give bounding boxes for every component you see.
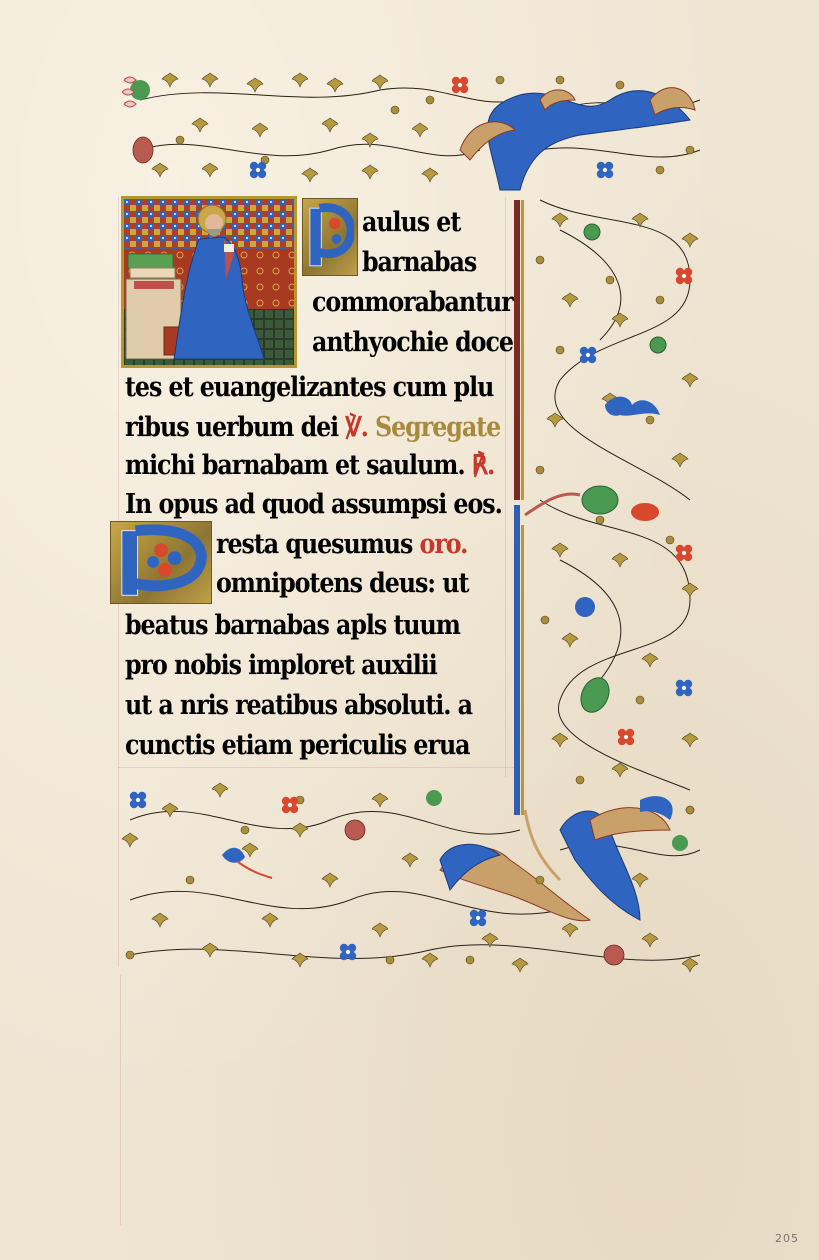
text-line-1: aulus et (362, 205, 460, 241)
manuscript-page: aulus et barnabas commorabantur anthyoch… (0, 0, 819, 1260)
decorated-initial-p-1 (302, 198, 358, 276)
text-line-8: In opus ad quod assumpsi eos. (125, 487, 502, 523)
response-rubric: ℟. (472, 450, 494, 481)
text-line-2: barnabas (362, 245, 476, 281)
text-line-4: anthyochie doce (312, 325, 513, 361)
text-line-10: omnipotens deus: ut (216, 566, 468, 602)
text-line-14: cunctis etiam periculis erua (125, 728, 470, 764)
text-line-13: ut a nris reatibus absoluti. a (125, 688, 472, 724)
oratio-rubric: oro. (420, 529, 468, 560)
text-line-12: pro nobis imploret auxilii (125, 648, 437, 684)
text-line-3: commorabantur (312, 285, 513, 321)
folio-number: 205 (775, 1232, 799, 1245)
text-line-5: tes et euangelizantes cum plu (125, 370, 493, 406)
text-line-9: resta quesumus oro. (216, 527, 467, 563)
versicle-rubric: ℣. (345, 412, 367, 443)
decorated-initial-p-2 (110, 521, 212, 604)
text-line-7: michi barnabam et saulum. ℟. (125, 448, 494, 484)
text-line-6: ribus uerbum dei ℣. Segregate (125, 410, 500, 446)
miniature-saint-barnabas (121, 196, 297, 368)
text-line-11: beatus barnabas apls tuum (125, 608, 460, 644)
